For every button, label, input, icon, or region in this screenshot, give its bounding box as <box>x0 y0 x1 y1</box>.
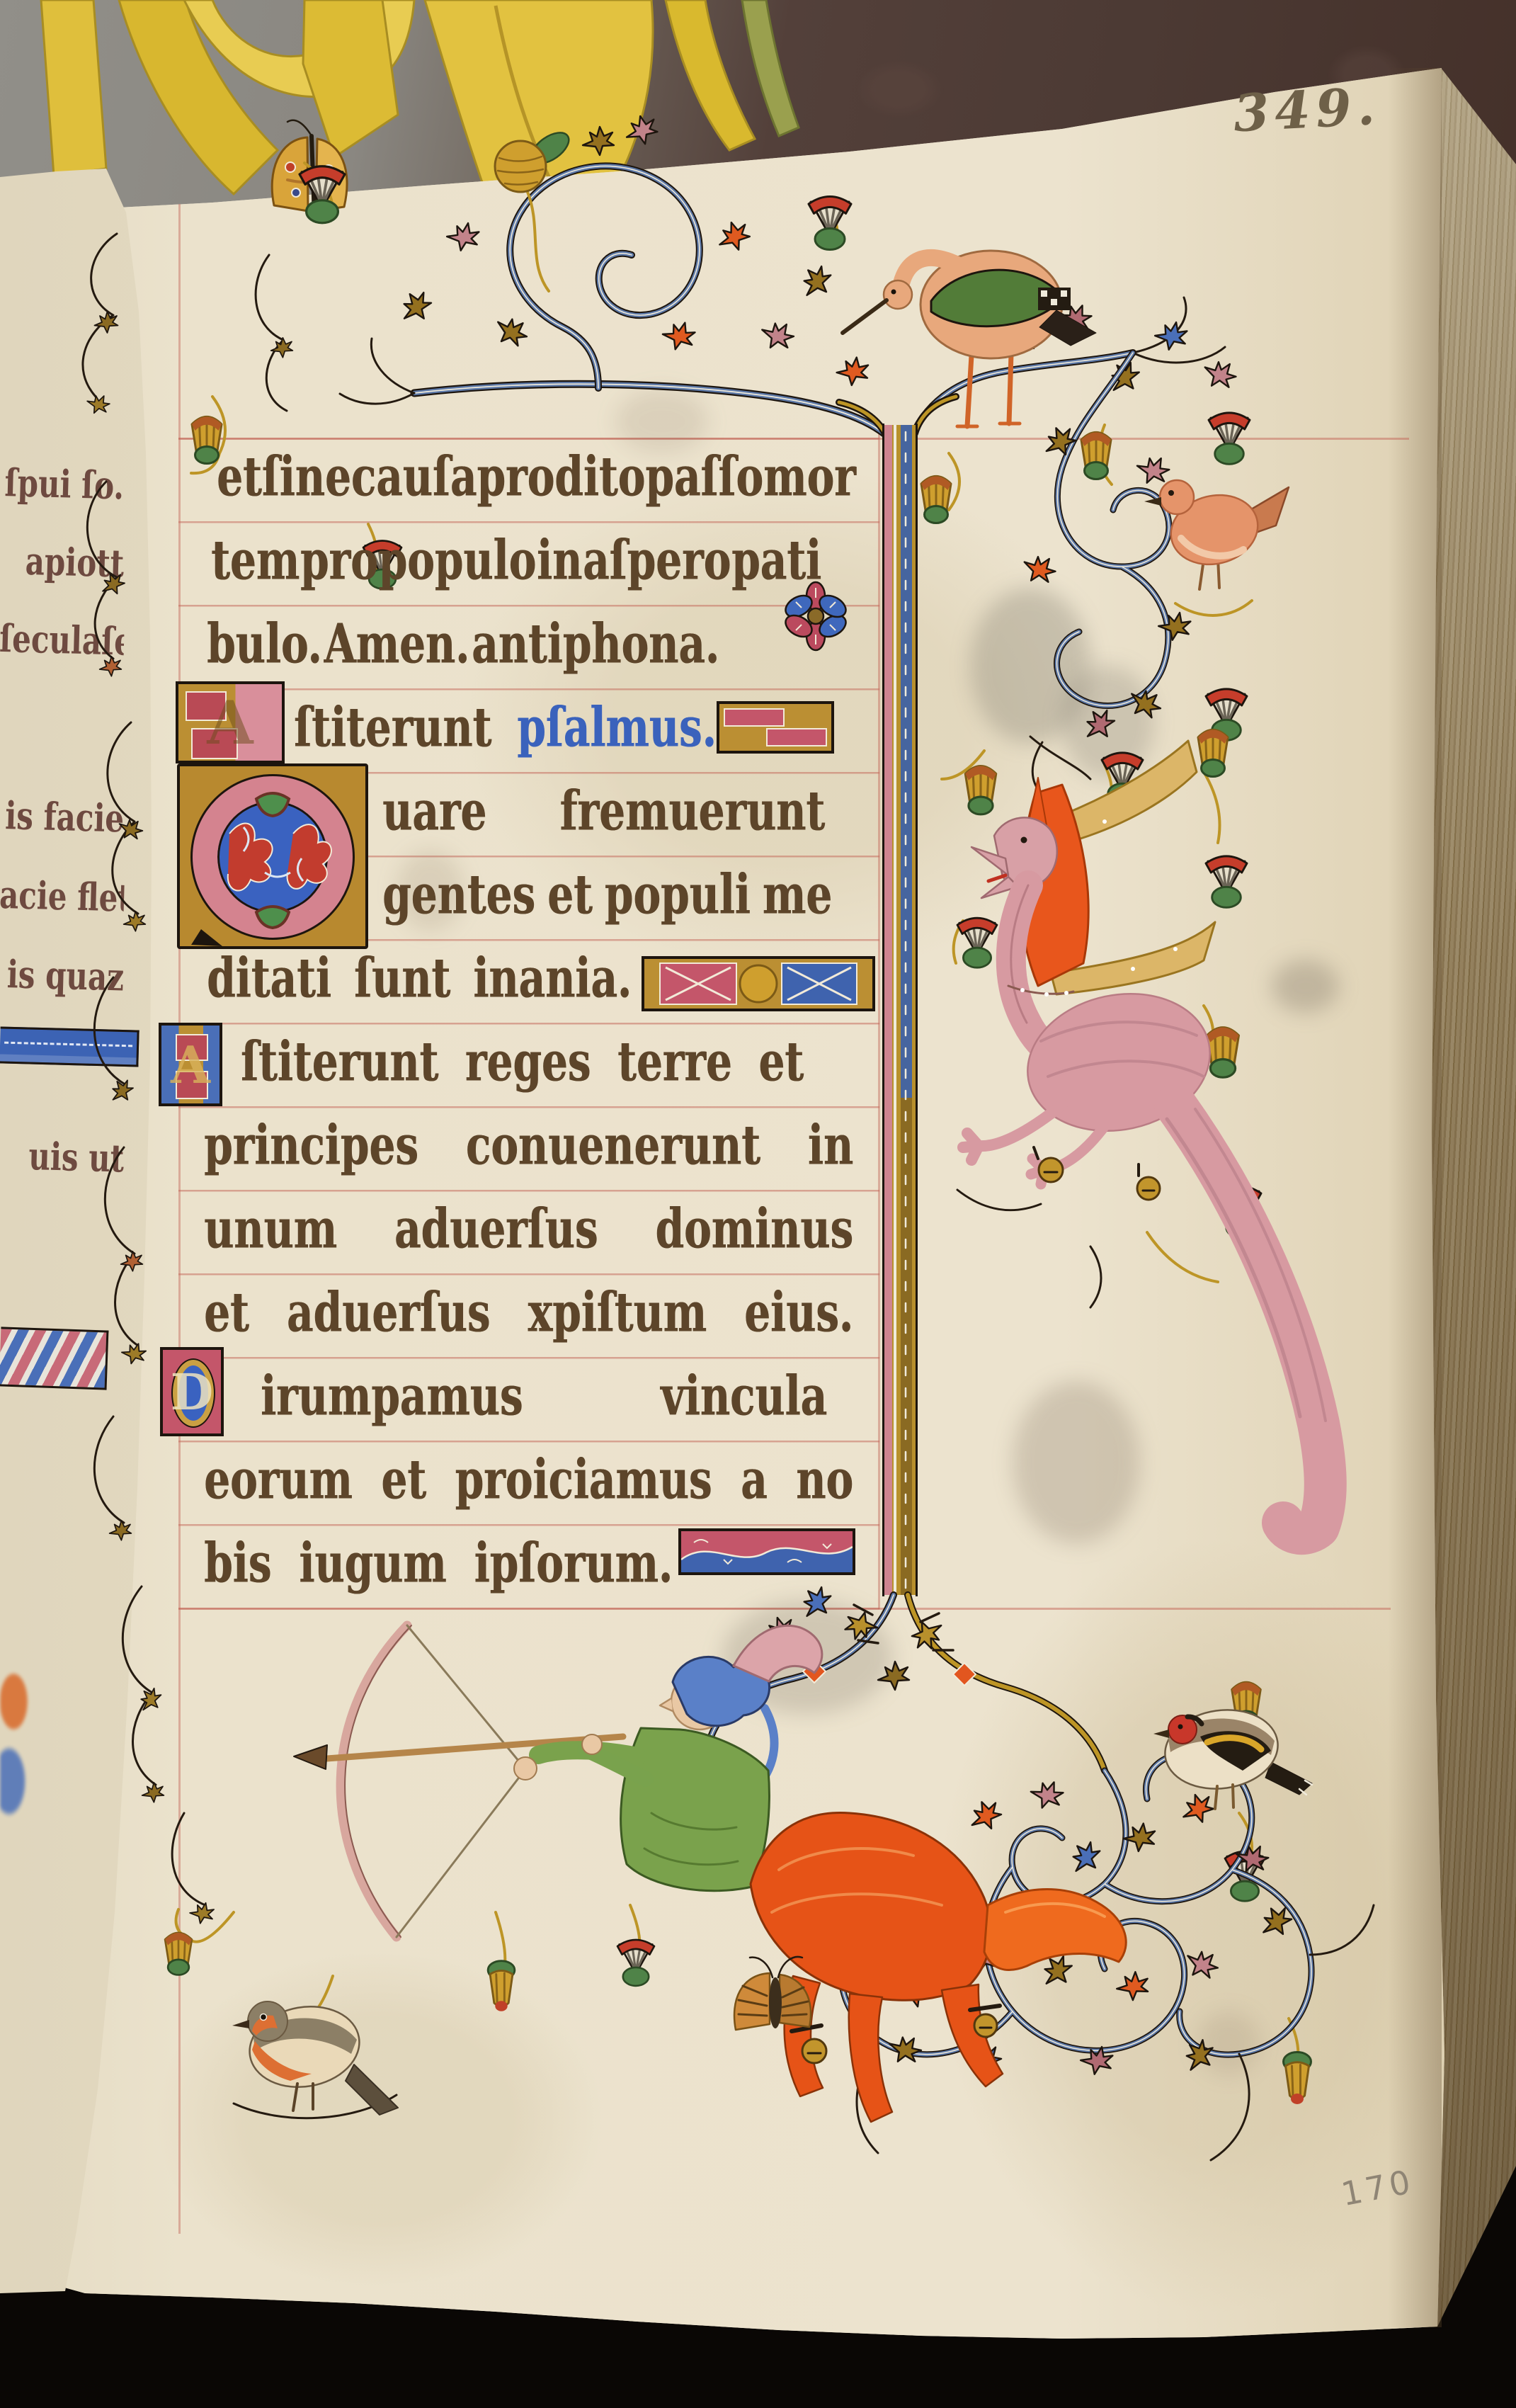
manuscript-photo: ſpui ſo. apiott ſeculaſe is facie acie f… <box>0 0 1516 2408</box>
filler-panel <box>724 708 785 727</box>
text-line: uarefremuerunt <box>382 779 825 843</box>
centaur-archer <box>294 1625 1126 2122</box>
line-filler <box>678 1528 855 1575</box>
text-line: ſtiteruntregesterreet <box>241 1030 804 1094</box>
initial-letter: A <box>161 1026 220 1103</box>
initial-letter: D <box>163 1350 221 1433</box>
text-segment: ſtiterunt <box>294 695 491 759</box>
text-line: irumpamusvincula <box>261 1364 827 1428</box>
text-line: bulo.Amen.antiphona. <box>207 612 719 676</box>
initial-letter: A <box>178 684 282 761</box>
page-number-ink: 349. <box>1232 76 1382 144</box>
text-line: etſinecauſaproditopaſſomor <box>217 445 827 509</box>
illuminated-initial-A: A <box>176 681 285 763</box>
text-line: principesconueneruntin <box>204 1113 853 1177</box>
rubric-psalmus: pſalmus. <box>517 695 717 759</box>
stork-icon <box>843 251 1096 426</box>
filler-panel <box>766 728 827 746</box>
text-line: unumaduerſusdominus <box>204 1197 853 1261</box>
text-line: etaduerſusxpiſtumeius. <box>204 1280 853 1344</box>
six-petal-flower <box>780 581 851 652</box>
line-filler <box>717 701 834 754</box>
robin-bird <box>232 1998 398 2118</box>
text-line: tempropopuloinaſperopati <box>211 528 821 592</box>
right-margin-vine <box>1018 353 1208 793</box>
text-line: gentesetpopulime <box>382 863 832 926</box>
illuminated-initial-D: D <box>160 1347 224 1436</box>
line-filler <box>642 956 875 1011</box>
initial-letter: Q <box>180 766 365 946</box>
text-line: ditatiſuntinania. <box>207 946 632 1010</box>
goldfinch-bird <box>1153 1703 1312 1809</box>
text-line: ſtiterunt pſalmus. <box>294 695 717 759</box>
text-line: eorumetproiciamusano <box>204 1448 853 1511</box>
illuminated-initial-Q: Q <box>177 763 368 949</box>
illuminated-initial-A: A <box>159 1023 222 1106</box>
text-line: bisiugumipſorum. <box>204 1531 673 1595</box>
gold-flower <box>495 127 574 291</box>
